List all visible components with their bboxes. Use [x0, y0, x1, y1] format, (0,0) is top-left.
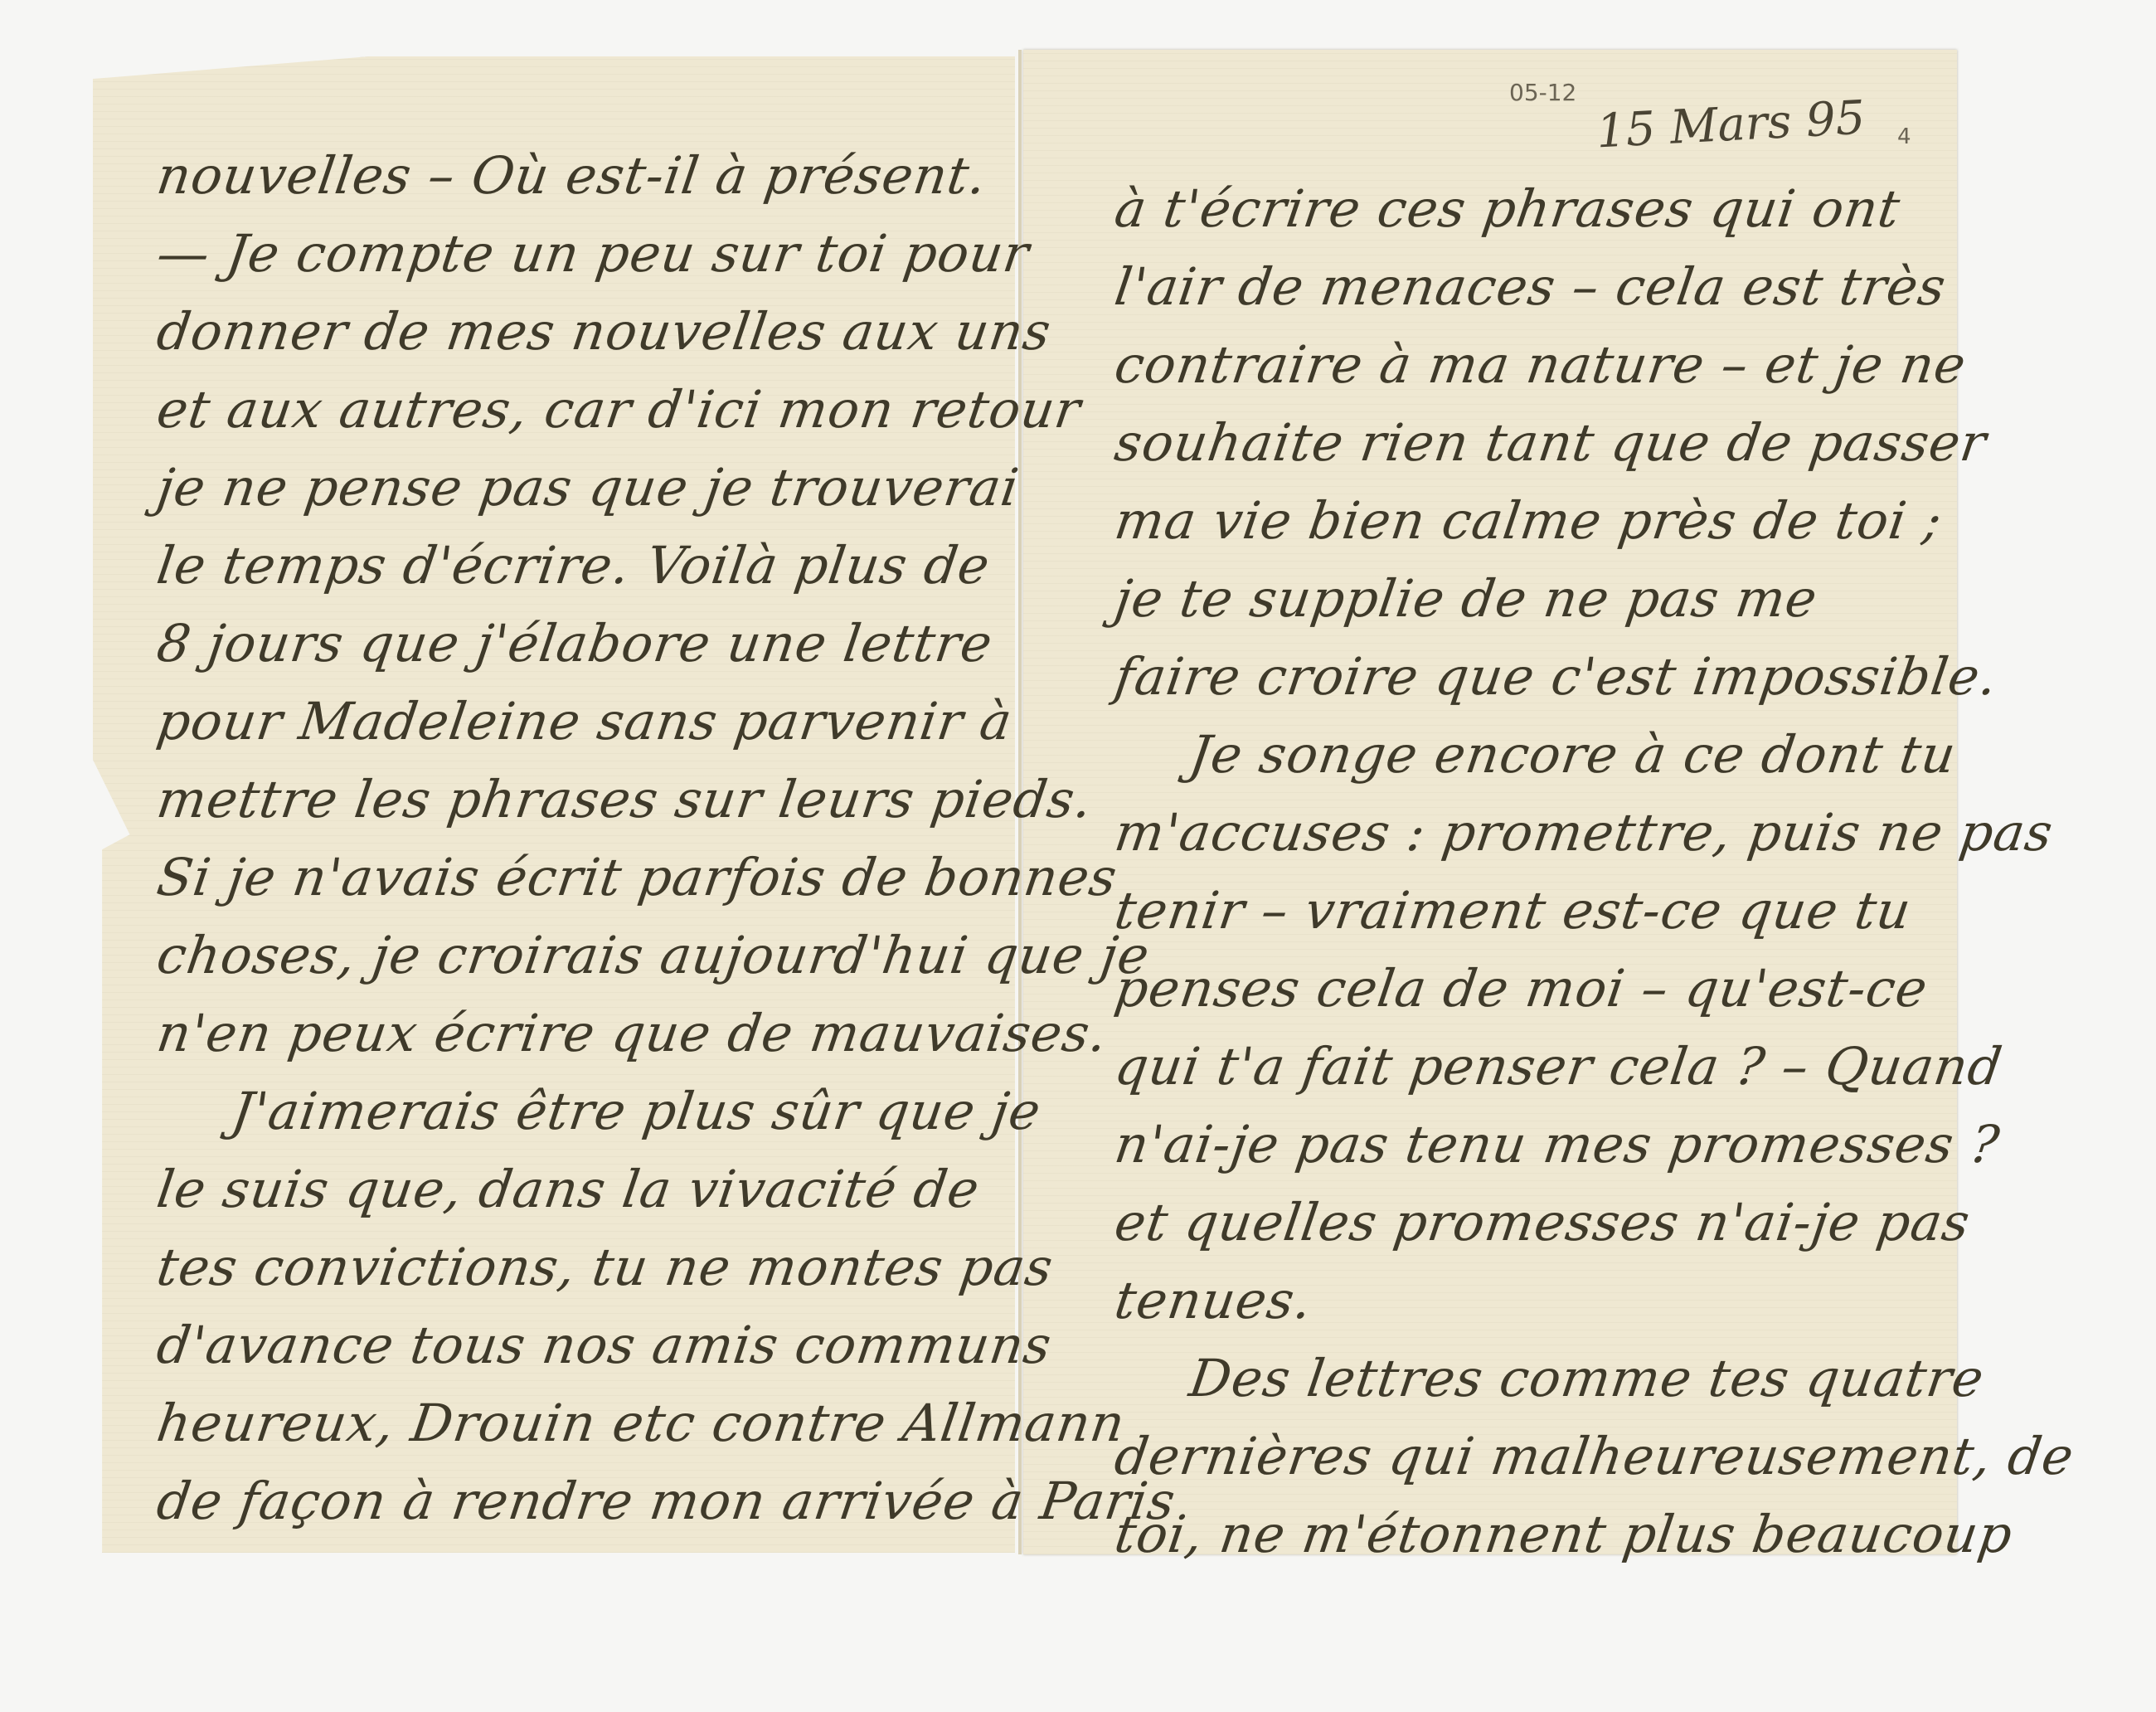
text-line: je te supplie de ne pas me	[1110, 560, 2079, 638]
text-line: le suis que, dans la vivacité de	[152, 1150, 1180, 1228]
text-line: le temps d'écrire. Voilà plus de	[152, 527, 1180, 605]
right-page-text: à t'écrire ces phrases qui ont l'air de …	[1115, 170, 2074, 1573]
text-line: ma vie bien calme près de toi ;	[1110, 482, 2079, 560]
text-line: Des lettres comme tes quatre	[1110, 1340, 2079, 1418]
text-line: de façon à rendre mon arrivée à Paris	[152, 1462, 1180, 1540]
text-line: choses, je croirais aujourd'hui que je	[152, 917, 1180, 995]
text-line: heureux, Drouin etc contre Allmann	[152, 1384, 1180, 1462]
text-line: d'avance tous nos amis communs	[152, 1306, 1180, 1384]
text-line: pour Madeleine sans parvenir à	[152, 683, 1180, 761]
text-line: toi, ne m'étonnent plus beaucoup	[1110, 1496, 2079, 1573]
text-line: dernières qui malheureusement, de	[1110, 1418, 2079, 1496]
text-line: J'aimerais être plus sûr que je	[152, 1072, 1180, 1150]
text-line: — Je compte un peu sur toi pour	[152, 215, 1180, 293]
text-line: l'air de menaces – cela est très	[1110, 248, 2079, 326]
text-line: mettre les phrases sur leurs pieds.	[152, 761, 1180, 839]
text-line: contraire à ma nature – et je ne	[1110, 326, 2079, 404]
text-line: faire croire que c'est impossible.	[1110, 638, 2079, 716]
text-line: qui t'a fait penser cela ? – Quand	[1110, 1028, 2079, 1106]
text-line: n'en peux écrire que de mauvaises.	[152, 995, 1180, 1072]
page-number: 4	[1897, 124, 1911, 149]
text-line: souhaite rien tant que de passer	[1110, 404, 2079, 482]
text-line: je ne pense pas que je trouverai	[152, 449, 1180, 527]
text-line: 8 jours que j'élabore une lettre	[152, 605, 1180, 683]
text-line: tenir – vraiment est-ce que tu	[1110, 872, 2079, 950]
text-line: donner de mes nouvelles aux uns	[152, 293, 1180, 371]
text-line: tenues.	[1110, 1262, 2079, 1340]
text-line: à t'écrire ces phrases qui ont	[1110, 170, 2079, 248]
text-line: et quelles promesses n'ai-je pas	[1110, 1184, 2079, 1262]
left-page-text: nouvelles – Où est-il à présent. — Je co…	[158, 137, 1175, 1540]
text-line: nouvelles – Où est-il à présent.	[152, 137, 1180, 215]
text-line: n'ai-je pas tenu mes promesses ?	[1110, 1106, 2079, 1184]
text-line: et aux autres, car d'ici mon retour	[152, 371, 1180, 449]
text-line: Je songe encore à ce dont tu	[1110, 716, 2079, 794]
text-line: Si je n'avais écrit parfois de bonnes	[152, 839, 1180, 917]
text-line: tes convictions, tu ne montes pas	[152, 1228, 1180, 1306]
archive-reference: 05-12	[1509, 79, 1576, 106]
text-line: m'accuses : promettre, puis ne pas	[1110, 794, 2079, 872]
text-line: penses cela de moi – qu'est-ce	[1110, 950, 2079, 1028]
